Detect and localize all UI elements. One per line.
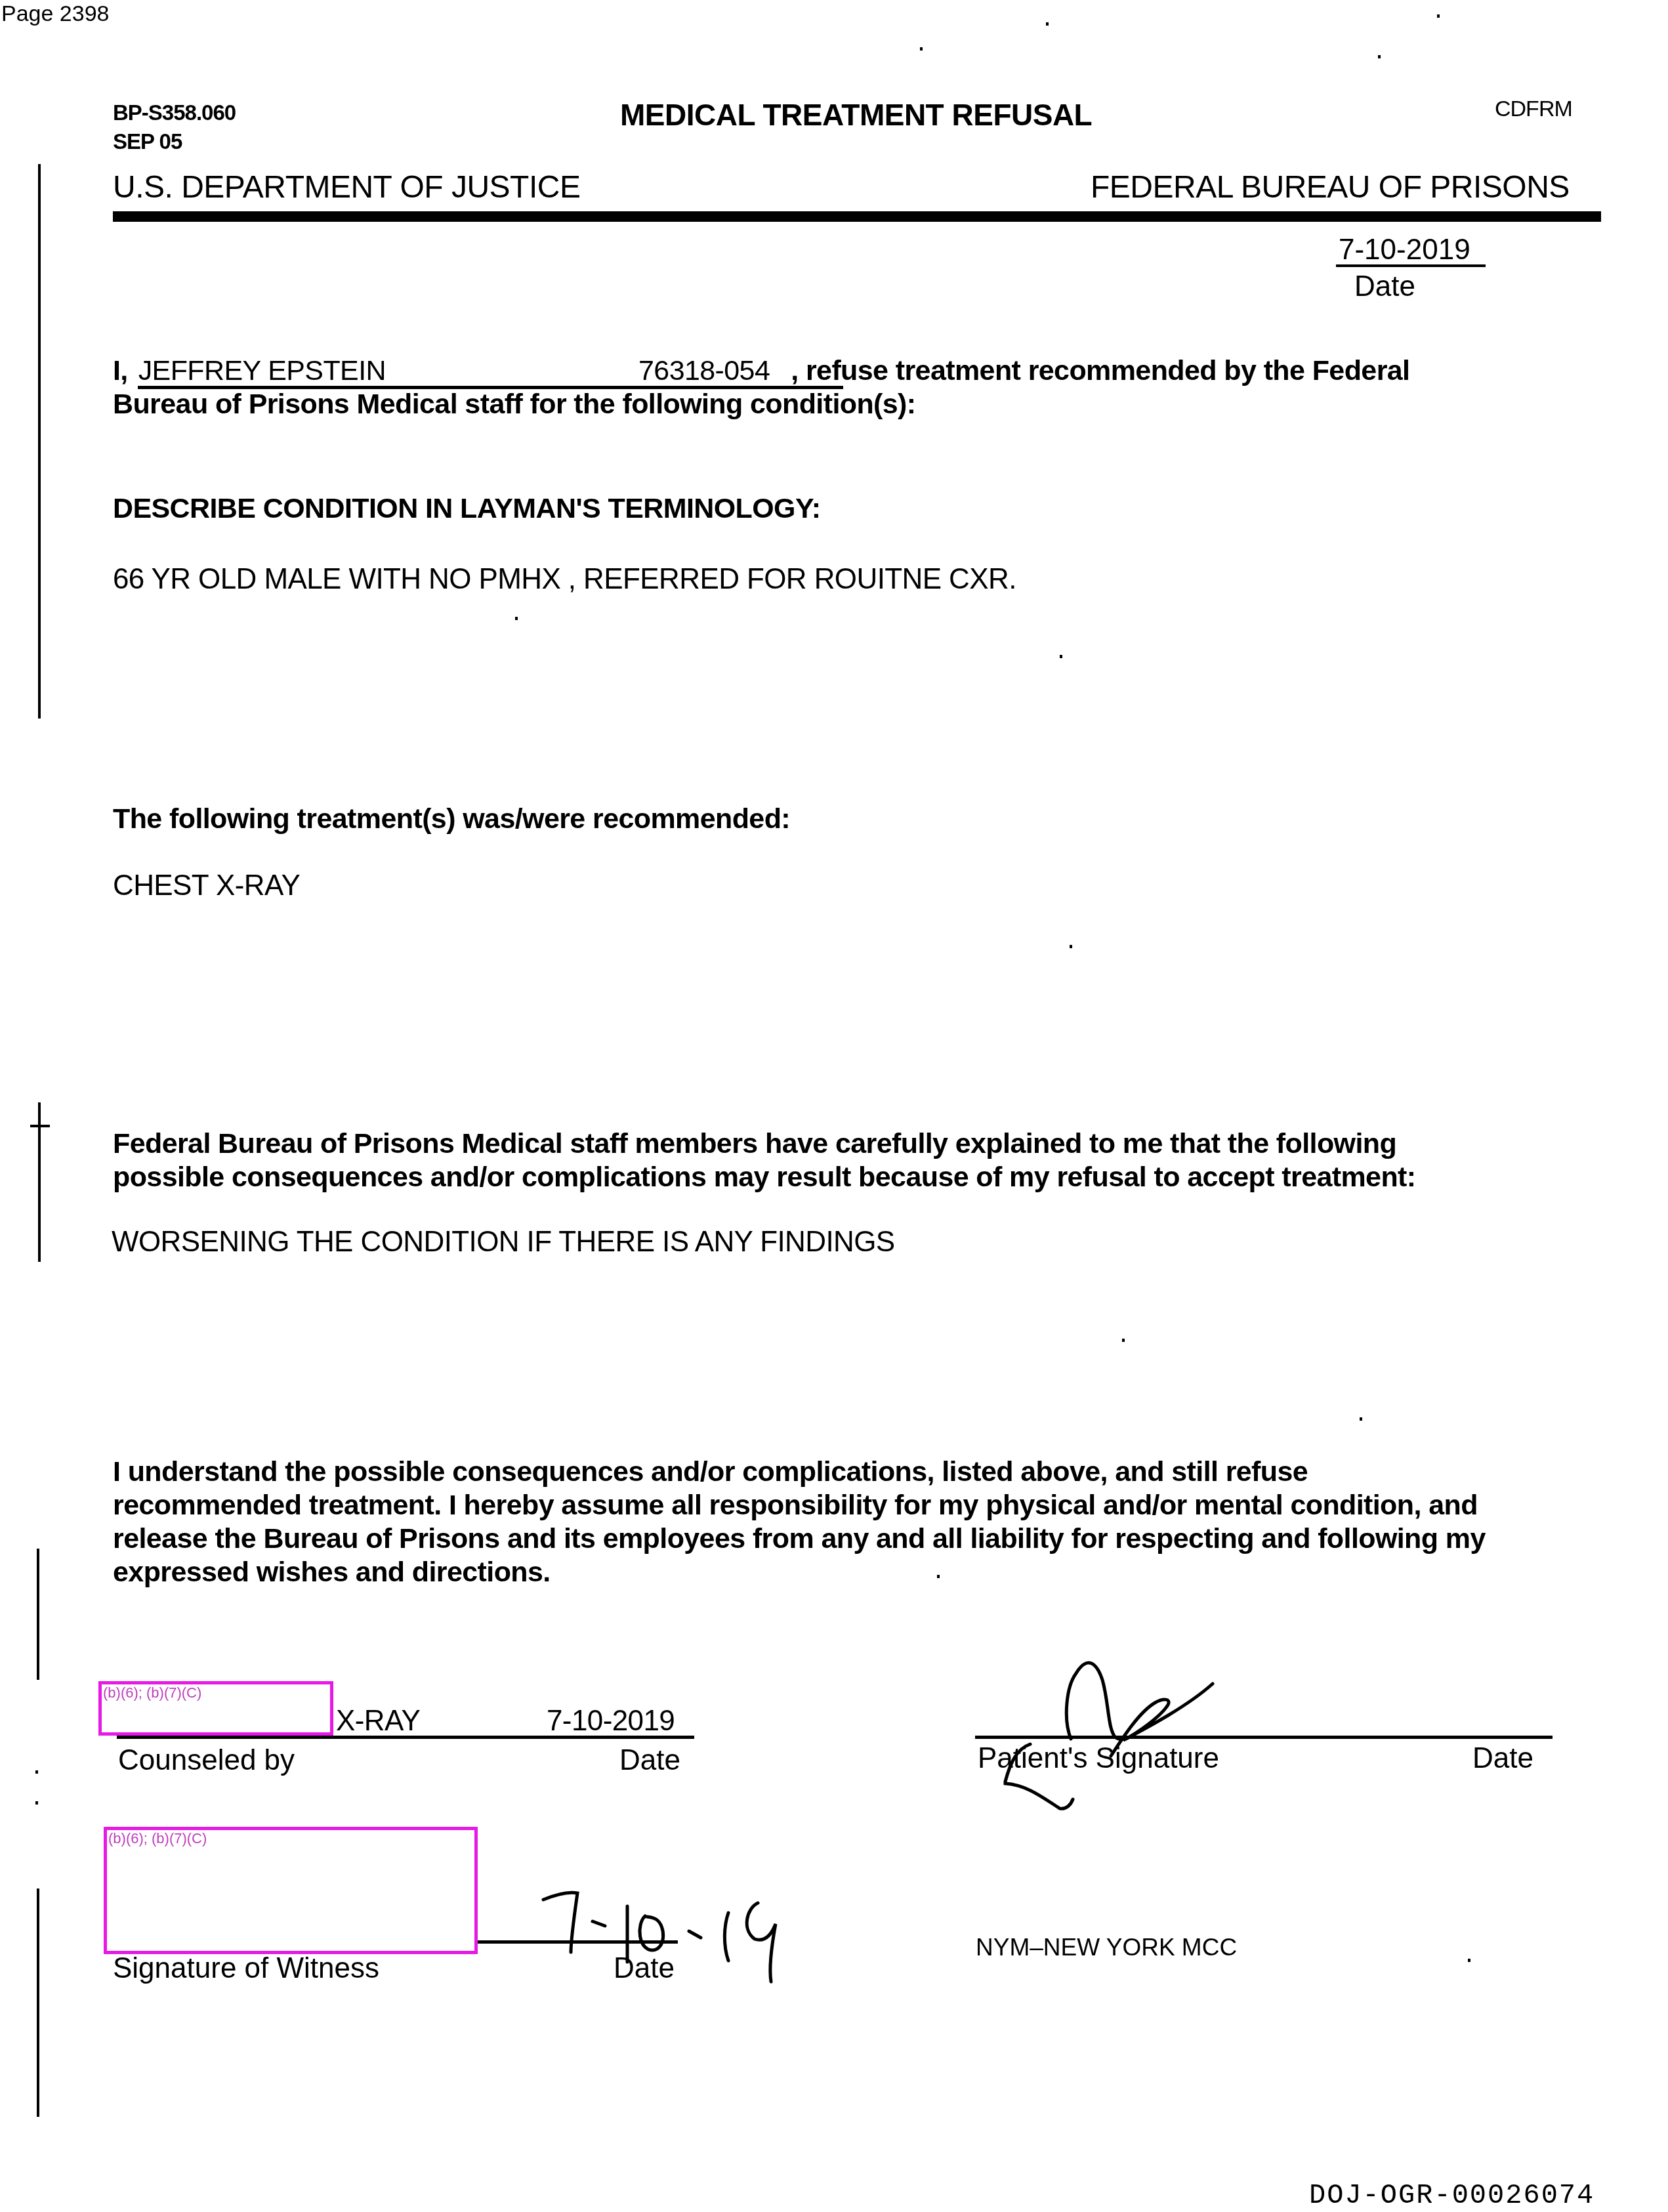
scan-speck	[35, 1770, 38, 1774]
consequences-line-2: possible consequences and/or complicatio…	[113, 1161, 1416, 1194]
condition-description: 66 YR OLD MALE WITH NO PMHX , REFERRED F…	[113, 563, 1016, 596]
scan-margin-line	[37, 1549, 39, 1680]
agency-department: U.S. DEPARTMENT OF JUSTICE	[113, 169, 580, 205]
intro-prefix: I,	[113, 355, 128, 386]
header-divider	[113, 211, 1601, 222]
consequences-line-1: Federal Bureau of Prisons Medical staff …	[113, 1127, 1396, 1161]
condition-heading: DESCRIBE CONDITION IN LAYMAN'S TERMINOLO…	[113, 492, 821, 526]
witness-signature-label: Signature of Witness	[113, 1952, 379, 1985]
counseled-date-label: Date	[619, 1744, 680, 1777]
scan-speck	[1360, 1417, 1362, 1421]
scan-speck	[1060, 655, 1062, 658]
form-code-block: BP-S358.060 SEP 05	[113, 98, 236, 156]
agency-bureau: FEDERAL BUREAU OF PRISONS	[1091, 169, 1570, 205]
scan-speck	[35, 1801, 38, 1805]
scan-speck	[1468, 1959, 1470, 1962]
acknowledgement-line-4: expressed wishes and directions.	[113, 1556, 551, 1589]
treatment-value: CHEST X-RAY	[113, 869, 300, 902]
redaction-code: (b)(6); (b)(7)(C)	[108, 1830, 207, 1847]
counseled-line	[117, 1736, 694, 1739]
form-date-underline	[1336, 264, 1486, 267]
patient-signature-scribble	[951, 1640, 1608, 1837]
acknowledgement-line-1: I understand the possible consequences a…	[113, 1455, 1308, 1489]
form-revision-date: SEP 05	[113, 127, 236, 156]
counseled-value: X-RAY	[336, 1705, 420, 1738]
form-date-value: 7-10-2019	[1339, 234, 1470, 266]
register-number: 76318-054	[638, 355, 770, 386]
form-date-label: Date	[1354, 270, 1415, 303]
intro-suffix: , refuse treatment recommended by the Fe…	[791, 355, 1409, 386]
form-title: MEDICAL TREATMENT REFUSAL	[620, 97, 1092, 133]
scan-speck	[920, 47, 923, 51]
scan-speck	[1070, 945, 1072, 948]
scan-margin-line	[37, 1889, 39, 2117]
scan-speck	[1046, 22, 1049, 26]
redaction-code: (b)(6); (b)(7)(C)	[103, 1684, 201, 1701]
page-number-label: Page 2398	[1, 1, 110, 27]
scan-speck	[515, 617, 518, 620]
scan-speck	[1437, 14, 1440, 18]
bates-number: DOJ-OGR-00026074	[1309, 2180, 1595, 2211]
patient-name: JEFFREY EPSTEIN	[138, 355, 386, 386]
intro-line-1: I, JEFFREY EPSTEIN76318-054, refuse trea…	[113, 354, 1409, 388]
acknowledgement-line-2: recommended treatment. I hereby assume a…	[113, 1489, 1478, 1522]
intro-line-2: Bureau of Prisons Medical staff for the …	[113, 388, 916, 421]
form-id: CDFRM	[1495, 96, 1572, 122]
scan-speck	[1122, 1339, 1125, 1342]
institution-name: NYM–NEW YORK MCC	[976, 1934, 1237, 1961]
acknowledgement-line-3: release the Bureau of Prisons and its em…	[113, 1522, 1486, 1556]
scan-speck	[937, 1575, 940, 1578]
redaction-box-witness: (b)(6); (b)(7)(C)	[104, 1827, 478, 1954]
consequences-value: WORSENING THE CONDITION IF THERE IS ANY …	[112, 1226, 895, 1259]
counseled-date: 7-10-2019	[547, 1705, 675, 1738]
scan-margin-line	[38, 164, 41, 719]
witness-handwritten-date: 7-10-19	[538, 1877, 840, 1988]
scan-speck	[1378, 55, 1381, 58]
treatment-heading: The following treatment(s) was/were reco…	[113, 803, 790, 836]
scan-margin-tick	[30, 1125, 50, 1127]
counseled-by-label: Counseled by	[118, 1744, 295, 1777]
redaction-box-counselor: (b)(6); (b)(7)(C)	[98, 1681, 333, 1736]
form-code: BP-S358.060	[113, 98, 236, 127]
